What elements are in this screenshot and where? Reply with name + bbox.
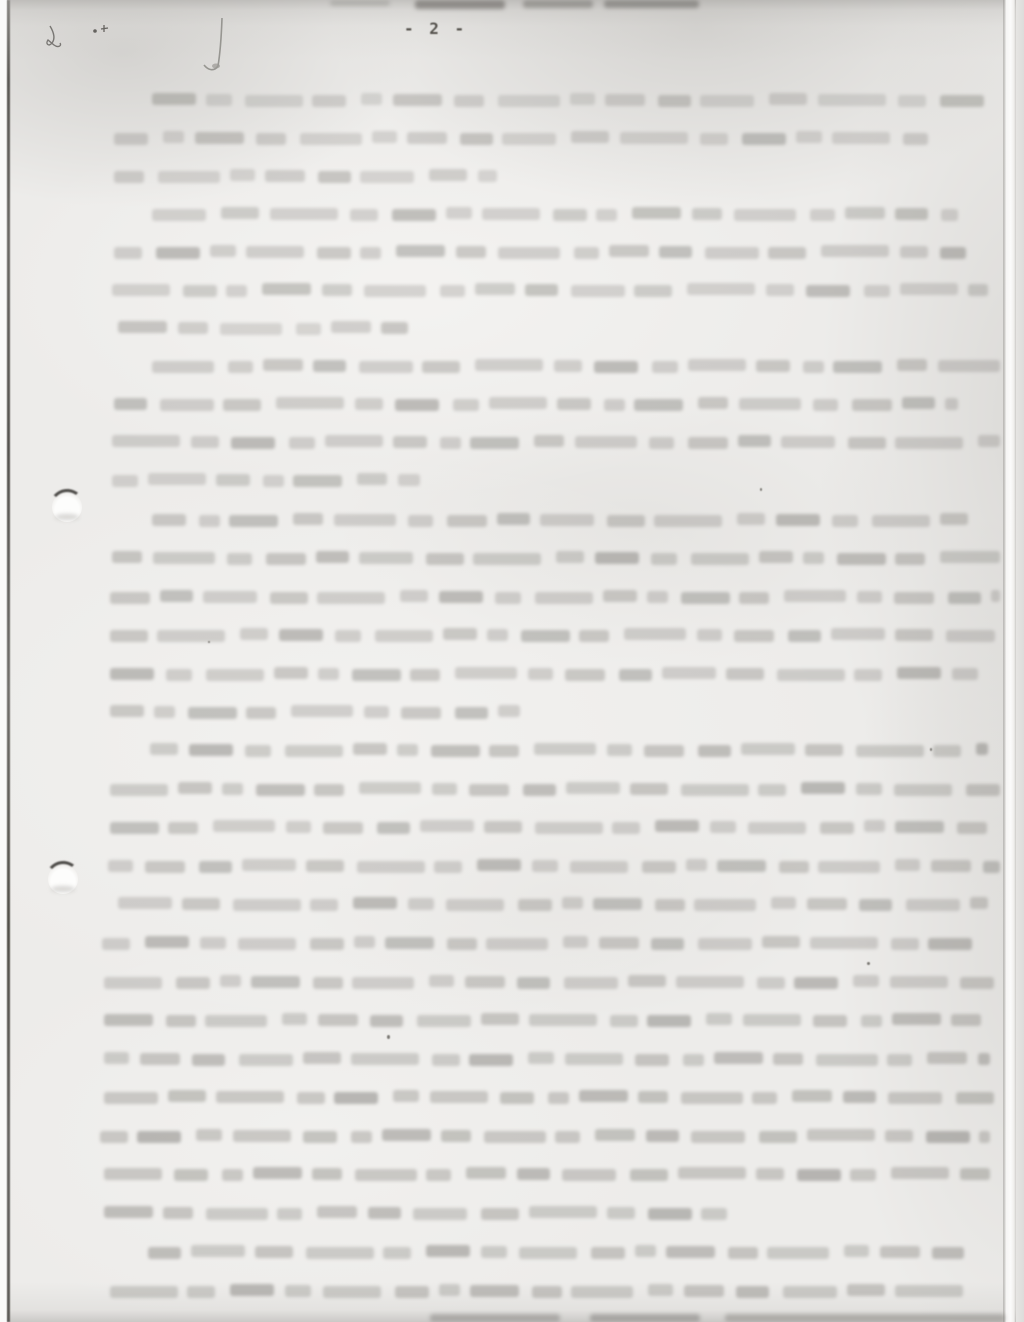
faded-word [788,630,821,642]
faded-word [489,745,519,757]
faded-word [385,937,434,949]
faded-word [519,1247,577,1259]
faded-word [440,437,461,449]
faded-word [970,897,988,909]
faded-word [312,1168,342,1180]
faded-word [759,551,793,563]
faded-text-line [104,976,1004,990]
faded-word [655,820,699,832]
faded-word [354,936,375,948]
faded-word [607,515,645,527]
faded-word [769,93,807,105]
faded-word [206,1208,268,1220]
paper-speck [208,641,210,643]
faded-word [481,1208,519,1220]
faded-word [767,1247,829,1259]
faded-word [426,1169,451,1181]
faded-word [213,820,275,832]
faded-word [230,1284,274,1296]
faded-word [535,822,603,834]
faded-word [104,1206,153,1218]
faded-word [262,283,311,295]
faded-word [595,1129,635,1141]
faded-word [313,977,343,989]
faded-word [240,628,268,640]
faded-word [803,361,824,373]
faded-word [593,898,642,910]
faded-word [112,551,142,563]
faded-text-line [110,1285,974,1299]
faded-word [900,283,958,295]
faded-word [521,630,570,642]
faded-word [160,399,214,411]
faded-word [313,360,346,372]
faded-word [199,861,232,873]
faded-word [728,1247,758,1259]
faded-word [556,551,584,563]
faded-word [104,1052,129,1064]
faded-word [892,1013,941,1025]
faded-word [352,669,401,681]
faded-word [318,668,339,680]
faded-word [233,899,301,911]
faded-word [891,938,919,950]
faded-word [316,551,349,563]
faded-word [469,784,509,796]
faded-word [200,937,226,949]
faded-word [759,1131,797,1143]
faded-word [895,629,933,641]
faded-word [396,245,445,257]
faded-word [187,1286,215,1298]
faded-word [652,361,678,373]
faded-word [317,1206,357,1218]
faded-word [475,283,515,295]
faded-word [517,977,550,989]
faded-text-line [104,1207,740,1221]
faded-word [642,861,676,873]
faded-word [426,553,464,565]
faded-word [393,436,427,448]
faded-word [246,246,304,258]
faded-word [310,899,338,911]
faded-word [466,1167,506,1179]
faded-word [110,705,144,717]
faded-word [594,361,638,373]
faded-word [807,1129,875,1141]
faded-word [317,247,351,259]
faded-word [104,1014,153,1026]
faded-word [644,745,684,757]
faded-word [651,553,677,565]
faded-word [983,861,1000,873]
faded-word [279,629,323,641]
faded-word [692,208,722,220]
faded-word [575,436,637,448]
faded-word [270,592,308,604]
faded-word [351,1053,419,1065]
faded-text-line [104,1053,990,1067]
faded-word [599,937,639,949]
faded-word [323,822,363,834]
faded-word [634,399,683,411]
faded-word [571,131,609,143]
faded-word [821,245,889,257]
faded-word [152,93,196,105]
faded-word [397,744,418,756]
faded-word [856,783,882,795]
faded-word [199,515,220,527]
faded-word [796,131,822,143]
faded-text-line [104,1014,986,1028]
faded-word [163,131,184,143]
faded-word [154,706,175,718]
faded-word [847,1284,885,1296]
faded-word [784,590,846,602]
faded-text-line [104,1091,1008,1105]
faded-word [805,744,843,756]
paper-speck [760,488,762,491]
faded-word [691,553,749,565]
faded-word [837,553,886,565]
paper-speck [387,1035,390,1039]
faded-word [634,285,672,297]
faded-word [255,1246,293,1258]
faded-word [619,669,652,681]
faded-word [806,285,850,297]
faded-word [535,592,593,604]
faded-word [895,437,963,449]
faded-word [773,1053,803,1065]
faded-word [300,133,362,145]
faded-word [420,820,474,832]
faded-word [681,784,749,796]
faded-word [253,1167,302,1179]
faded-word [276,397,344,409]
faded-word [413,1208,467,1220]
faded-word [603,590,637,602]
faded-word [227,553,252,565]
faded-word [222,1169,243,1181]
faded-word [648,1284,673,1296]
faded-word [691,1131,745,1143]
faded-word [783,1286,837,1298]
faded-word [529,1206,597,1218]
faded-word [112,284,170,296]
faded-word [900,246,928,258]
faded-word [446,207,472,219]
faded-word [156,247,200,259]
faded-word [360,171,414,183]
faded-word [157,630,225,642]
faded-text-line [102,937,980,951]
faded-word [571,285,625,297]
faded-word [168,1090,206,1102]
faded-word [968,284,988,296]
faded-word [852,399,892,411]
faded-word [498,705,520,717]
faded-word [931,860,971,872]
faded-word [256,784,305,796]
faded-word [166,1015,196,1027]
faded-word [357,861,425,873]
faded-word [756,360,790,372]
faded-word [758,784,786,796]
faded-word [771,897,796,909]
faded-word [845,207,885,219]
faded-word [221,207,259,219]
faded-word [335,630,361,642]
faded-word [797,1169,841,1181]
faded-word [885,1130,913,1142]
faded-word [426,1245,470,1257]
faded-word [475,359,543,371]
faded-word [813,399,838,411]
faded-word [422,361,460,373]
faded-text-line [112,284,988,298]
faded-word [263,475,284,487]
faded-word [698,938,752,950]
faded-word [359,782,421,794]
faded-word [382,1129,431,1141]
faded-word [206,669,264,681]
faded-word [266,553,306,565]
faded-word [220,323,282,335]
faded-word [377,822,410,834]
faded-word [497,513,530,525]
faded-word [940,551,1000,563]
faded-word [698,745,731,757]
faded-word [110,784,168,796]
faded-word [624,628,686,640]
faded-word [265,170,305,182]
faded-text-line [118,898,988,912]
faded-word [191,1245,245,1257]
faded-word [216,1091,284,1103]
faded-word [902,397,935,409]
faded-word [979,1131,990,1143]
faded-word [810,209,835,221]
faded-word [843,1091,876,1103]
faded-word [548,1092,569,1104]
faded-word [864,285,890,297]
faded-word [325,435,383,447]
faded-word [334,514,396,526]
faded-word [104,1168,162,1180]
faded-text-line [118,322,408,336]
faded-word [477,859,521,871]
faded-word [854,669,882,681]
faded-word [226,285,247,297]
faded-word [110,822,159,834]
faded-word [945,398,958,410]
faded-word [676,976,744,988]
faded-word [140,1053,180,1065]
faded-word [688,359,746,371]
faded-word [188,707,237,719]
faded-word [242,859,296,871]
faded-word [293,513,323,525]
faded-word [398,474,420,486]
faded-word [502,133,556,145]
faded-word [895,859,920,871]
faded-word [726,668,764,680]
faded-word [630,1169,668,1181]
faded-word [894,784,952,796]
faded-word [246,707,276,719]
faded-word [859,899,892,911]
faded-word [579,1090,628,1102]
faded-word [104,1092,158,1104]
faded-word [946,630,995,642]
faded-word [818,861,880,873]
faded-word [306,860,344,872]
faded-word [355,398,383,410]
faded-word [742,133,786,145]
faded-word [960,977,994,989]
faded-word [932,1247,964,1259]
faded-word [739,398,801,410]
faded-word [152,514,186,526]
faded-word [574,247,599,259]
faded-word [688,437,728,449]
faded-word [813,1015,847,1027]
faded-word [957,822,987,834]
faded-word [803,552,824,564]
faded-word [498,247,560,259]
faded-word [683,1054,704,1066]
faded-word [940,513,968,525]
faded-word [895,553,925,565]
faded-word [359,361,413,373]
faded-word [110,592,150,604]
faded-word [364,706,389,718]
faded-word [118,321,167,333]
faded-word [940,247,966,259]
faded-word [153,552,215,564]
faded-word [318,171,351,183]
faded-word [205,1015,267,1027]
faded-word [853,975,879,987]
faded-word [648,1208,692,1220]
faded-word [114,247,142,259]
faded-word [832,132,890,144]
faded-text-line [152,208,958,222]
faded-word [285,1285,311,1297]
faded-word [469,1054,513,1066]
faded-word [473,553,541,565]
faded-word [286,821,311,833]
faded-word [381,322,408,334]
faded-word [605,94,645,106]
faded-word [553,209,587,221]
faded-word [443,628,477,640]
faded-word [178,322,208,334]
faded-word [698,397,728,409]
faded-word [350,209,378,221]
faded-word [456,246,486,258]
faded-word [312,95,346,107]
faded-word [291,705,353,717]
faded-word [857,591,882,603]
faded-text-line [114,170,497,184]
faded-word [831,628,885,640]
faded-word [890,976,948,988]
faded-word [481,1246,507,1258]
faded-word [239,1054,293,1066]
faded-word [658,95,691,107]
faded-word [447,515,487,527]
faded-word [383,1247,411,1259]
faded-word [306,1247,374,1259]
faded-word [807,898,847,910]
faded-word [183,285,217,297]
faded-word [647,591,668,603]
faded-word [844,1245,869,1257]
faded-word [270,208,338,220]
faded-text-line [114,132,928,146]
faded-word [736,1286,769,1298]
faded-word [455,707,488,719]
faded-word [570,861,628,873]
faded-word [482,208,540,220]
faded-word [565,1053,623,1065]
faded-word [818,94,886,106]
faded-word [432,783,457,795]
faded-word [229,515,278,527]
faded-word [768,247,806,259]
faded-word [632,207,681,219]
faded-word [948,592,981,604]
faded-word [408,898,434,910]
faded-word [145,936,189,948]
faded-word [263,359,303,371]
faded-word [960,1168,990,1180]
faded-word [460,133,493,145]
faded-word [110,630,148,642]
faded-text-line [112,474,420,488]
faded-word [353,743,387,755]
faded-word [872,515,930,527]
faded-text-line [110,706,520,720]
faded-word [532,860,558,872]
faded-word [368,1207,401,1219]
faded-word [189,744,233,756]
faded-word [794,977,838,989]
faded-word [528,1052,554,1064]
faded-word [941,209,958,221]
faded-word [500,1092,534,1104]
faded-word [903,133,928,145]
faded-word [523,784,556,796]
faded-text-line [110,629,995,643]
faded-word [168,822,198,834]
faded-word [604,399,625,411]
faded-word [314,784,344,796]
faded-word [233,1130,291,1142]
faded-word [174,1169,208,1181]
faded-word [978,1053,990,1065]
faded-word [534,743,596,755]
faded-word [393,1090,419,1102]
faded-word [440,285,465,297]
faded-text-line [148,1246,964,1260]
faded-word [646,1130,679,1142]
faded-word [966,784,1000,796]
faded-word [880,1246,920,1258]
faded-word [897,359,927,371]
faded-word [752,1092,777,1104]
